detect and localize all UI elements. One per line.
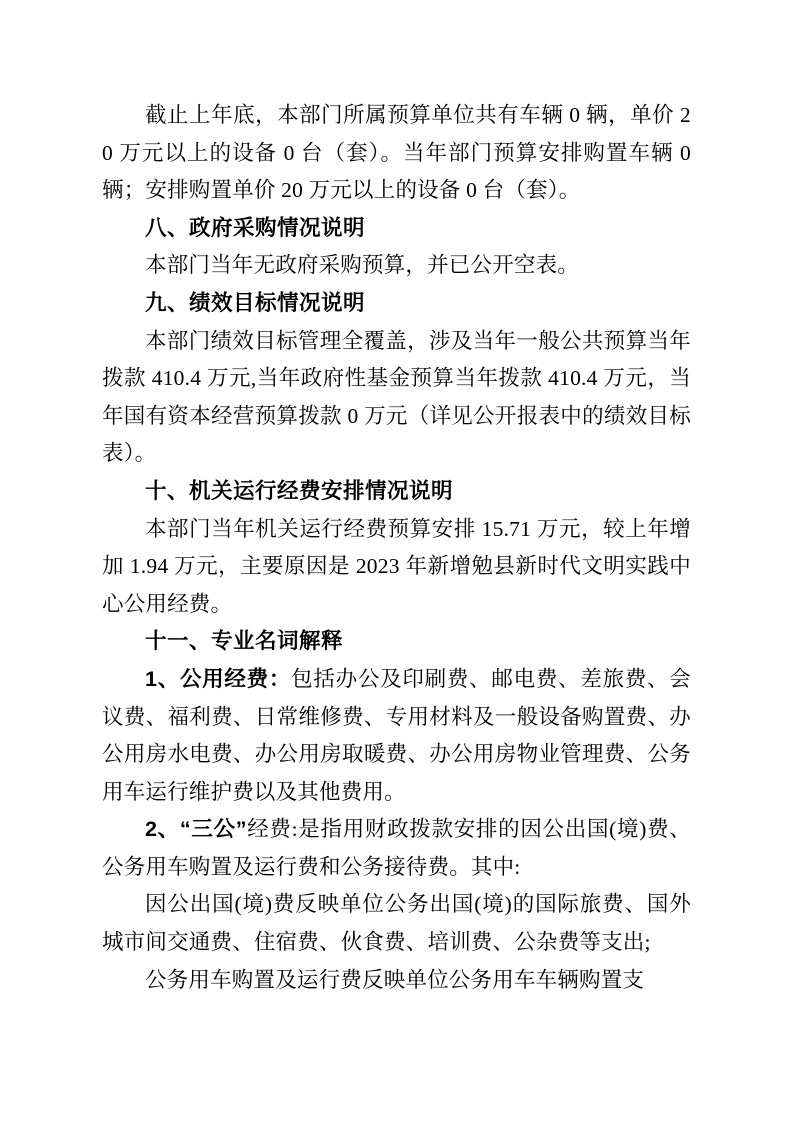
document-page: 截止上年底，本部门所属预算单位共有车辆 0 辆，单价 20 万元以上的设备 0 …: [0, 0, 793, 1122]
text-run: 八、政府采购情况说明: [145, 216, 365, 240]
text-run: 本部门绩效目标管理全覆盖，涉及当年一般公共预算当年拨款 410.4 万元,当年政…: [102, 329, 691, 466]
text-run: 九、绩效目标情况说明: [145, 291, 365, 315]
section-heading: 九、绩效目标情况说明: [102, 285, 691, 323]
paragraph: 公务用车购置及运行费反映单位公务用车车辆购置支: [102, 962, 691, 1000]
section-heading: 十一、专业名词解释: [102, 623, 691, 661]
paragraph: 本部门当年机关运行经费预算安排 15.71 万元，较上年增加 1.94 万元，主…: [102, 511, 691, 624]
text-run: 本部门当年机关运行经费预算安排 15.71 万元，较上年增加 1.94 万元，主…: [102, 517, 691, 616]
text-run: 2、“三公”: [145, 817, 247, 841]
text-run: 十一、专业名词解释: [145, 629, 343, 653]
paragraph: 2、“三公”经费:是指用财政拨款安排的因公出国(境)费、公务用车购置及运行费和公…: [102, 811, 691, 886]
text-run: 因公出国(境)费反映单位公务出国(境)的国际旅费、国外城市间交通费、住宿费、伙食…: [102, 892, 691, 954]
paragraph: 本部门当年无政府采购预算，并已公开空表。: [102, 247, 691, 285]
text-run: 十、机关运行经费安排情况说明: [145, 479, 453, 503]
paragraph: 因公出国(境)费反映单位公务出国(境)的国际旅费、国外城市间交通费、住宿费、伙食…: [102, 886, 691, 961]
section-heading: 八、政府采购情况说明: [102, 210, 691, 248]
document-body: 截止上年底，本部门所属预算单位共有车辆 0 辆，单价 20 万元以上的设备 0 …: [102, 97, 691, 999]
paragraph: 1、公用经费：包括办公及印刷费、邮电费、差旅费、会议费、福利费、日常维修费、专用…: [102, 661, 691, 811]
paragraph: 截止上年底，本部门所属预算单位共有车辆 0 辆，单价 20 万元以上的设备 0 …: [102, 97, 691, 210]
section-heading: 十、机关运行经费安排情况说明: [102, 473, 691, 511]
text-run: 1、公用经费：: [145, 667, 291, 691]
text-run: 公务用车购置及运行费反映单位公务用车车辆购置支: [145, 968, 644, 992]
paragraph: 本部门绩效目标管理全覆盖，涉及当年一般公共预算当年拨款 410.4 万元,当年政…: [102, 323, 691, 473]
text-run: 截止上年底，本部门所属预算单位共有车辆 0 辆，单价 20 万元以上的设备 0 …: [102, 103, 691, 202]
text-run: 本部门当年无政府采购预算，并已公开空表。: [145, 253, 579, 277]
